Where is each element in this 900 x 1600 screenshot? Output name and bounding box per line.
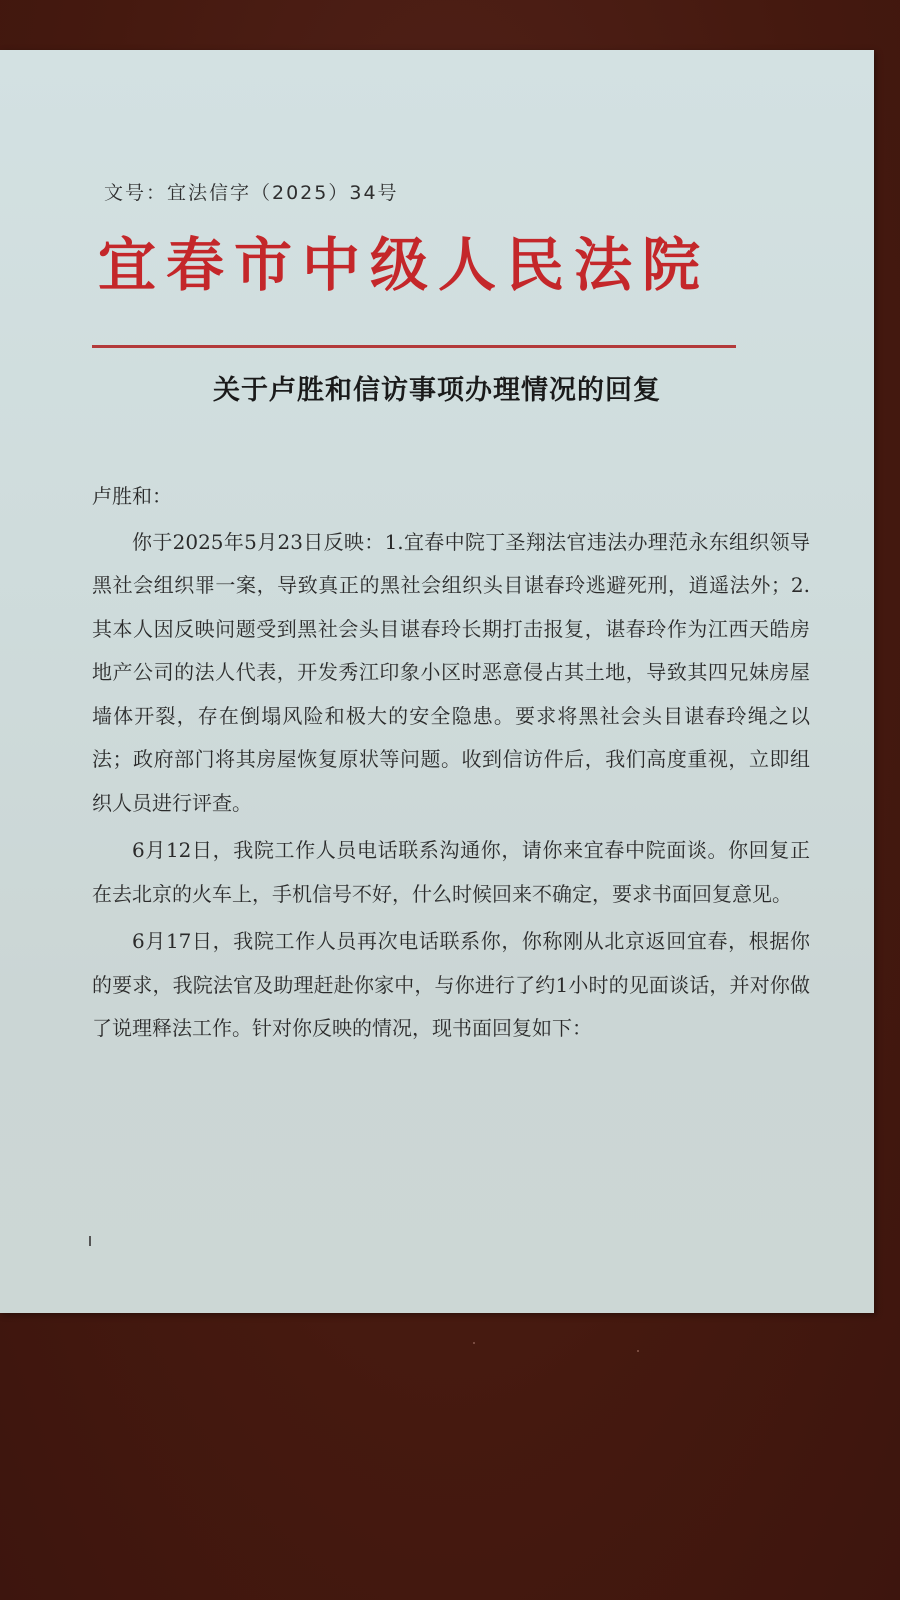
background-speck — [473, 1342, 475, 1344]
document-page: 文号：宜法信字（2025）34号 宜春市中级人民法院 关于卢胜和信访事项办理情况… — [0, 50, 874, 1313]
paragraph-2: 6月12日，我院工作人员电话联系沟通你，请你来宜春中院面谈。你回复正在去北京的火… — [92, 829, 810, 916]
paragraph-1: 你于2025年5月23日反映：1.宜春中院丁圣翔法官违法办理范永东组织领导黑社会… — [92, 521, 810, 826]
document-number: 文号：宜法信字（2025）34号 — [104, 178, 399, 205]
background-speck — [637, 1350, 639, 1352]
issuer-header: 宜春市中级人民法院 — [98, 218, 778, 302]
header-divider — [92, 345, 736, 348]
page-mark — [89, 1236, 91, 1246]
document-title: 关于卢胜和信访事项办理情况的回复 — [0, 368, 874, 407]
document-body: 卢胜和： 你于2025年5月23日反映：1.宜春中院丁圣翔法官违法办理范永东组织… — [92, 475, 810, 1051]
paragraph-3: 6月17日，我院工作人员再次电话联系你，你称刚从北京返回宜春，根据你的要求，我院… — [92, 920, 810, 1051]
salutation: 卢胜和： — [92, 475, 810, 519]
